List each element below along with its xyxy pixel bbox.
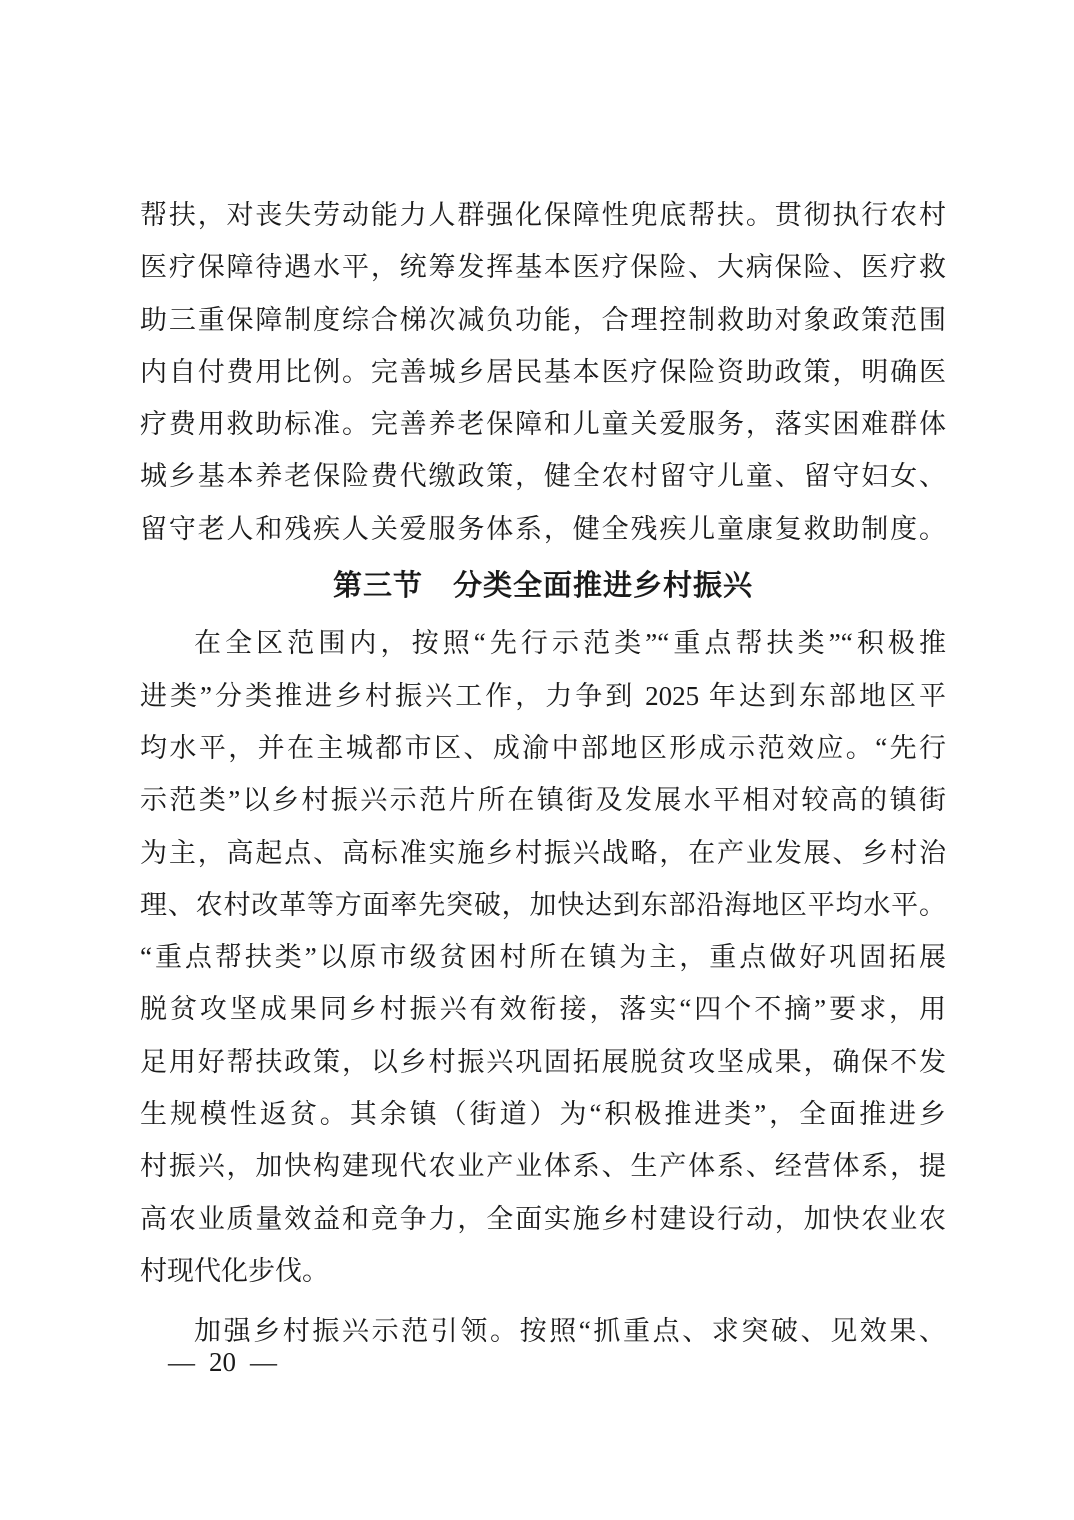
- text-line: 高农业质量效益和竞争力，全面实施乡村建设行动，加快农业农: [140, 1193, 946, 1245]
- footer-dash-right: —: [250, 1347, 277, 1377]
- document-page: 帮扶，对丧失劳动能力人群强化保障性兜底帮扶。贯彻执行农村 医疗保障待遇水平，统筹…: [0, 0, 1074, 1520]
- footer-dash-left: —: [168, 1347, 195, 1377]
- text-line: 留守老人和残疾人关爱服务体系，健全残疾儿童康复救助制度。: [140, 503, 946, 555]
- text-line: 足用好帮扶政策，以乡村振兴巩固拓展脱贫攻坚成果，确保不发: [140, 1036, 946, 1088]
- text-line: 均水平，并在主城都市区、成渝中部地区形成示范效应。“先行: [140, 722, 946, 774]
- text-line: 医疗保障待遇水平，统筹发挥基本医疗保险、大病保险、医疗救: [140, 241, 946, 293]
- text-line: 脱贫攻坚成果同乡村振兴有效衔接，落实“四个不摘”要求，用: [140, 983, 946, 1035]
- text-line: 理、农村改革等方面率先突破，加快达到东部沿海地区平均水平。: [140, 879, 946, 931]
- text-line: “重点帮扶类”以原市级贫困村所在镇为主，重点做好巩固拓展: [140, 931, 946, 983]
- document-body: 帮扶，对丧失劳动能力人群强化保障性兜底帮扶。贯彻执行农村 医疗保障待遇水平，统筹…: [140, 189, 946, 1358]
- text-line: 示范类”以乡村振兴示范片所在镇街及发展水平相对较高的镇街: [140, 774, 946, 826]
- page-number: 20: [209, 1347, 236, 1377]
- text-line: 生规模性返贫。其余镇（街道）为“积极推进类”，全面推进乡: [140, 1088, 946, 1140]
- text-line: 进类”分类推进乡村振兴工作，力争到 2025 年达到东部地区平: [140, 670, 946, 722]
- text-line: 在全区范围内，按照“先行示范类”“重点帮扶类”“积极推: [140, 617, 946, 669]
- text-line: 城乡基本养老保险费代缴政策，健全农村留守儿童、留守妇女、: [140, 450, 946, 502]
- text-line: 帮扶，对丧失劳动能力人群强化保障性兜底帮扶。贯彻执行农村: [140, 189, 946, 241]
- text-line: 村现代化步伐。: [140, 1245, 946, 1297]
- page-footer: —20—: [168, 1344, 277, 1380]
- section-heading: 第三节 分类全面推进乡村振兴: [140, 560, 946, 612]
- text-line: 助三重保障制度综合梯次减负功能，合理控制救助对象政策范围: [140, 294, 946, 346]
- text-line: 村振兴，加快构建现代农业产业体系、生产体系、经营体系，提: [140, 1140, 946, 1192]
- text-line: 疗费用救助标准。完善养老保障和儿童关爱服务，落实困难群体: [140, 398, 946, 450]
- text-line: 为主，高起点、高标准实施乡村振兴战略，在产业发展、乡村治: [140, 827, 946, 879]
- text-line: 内自付费用比例。完善城乡居民基本医疗保险资助政策，明确医: [140, 346, 946, 398]
